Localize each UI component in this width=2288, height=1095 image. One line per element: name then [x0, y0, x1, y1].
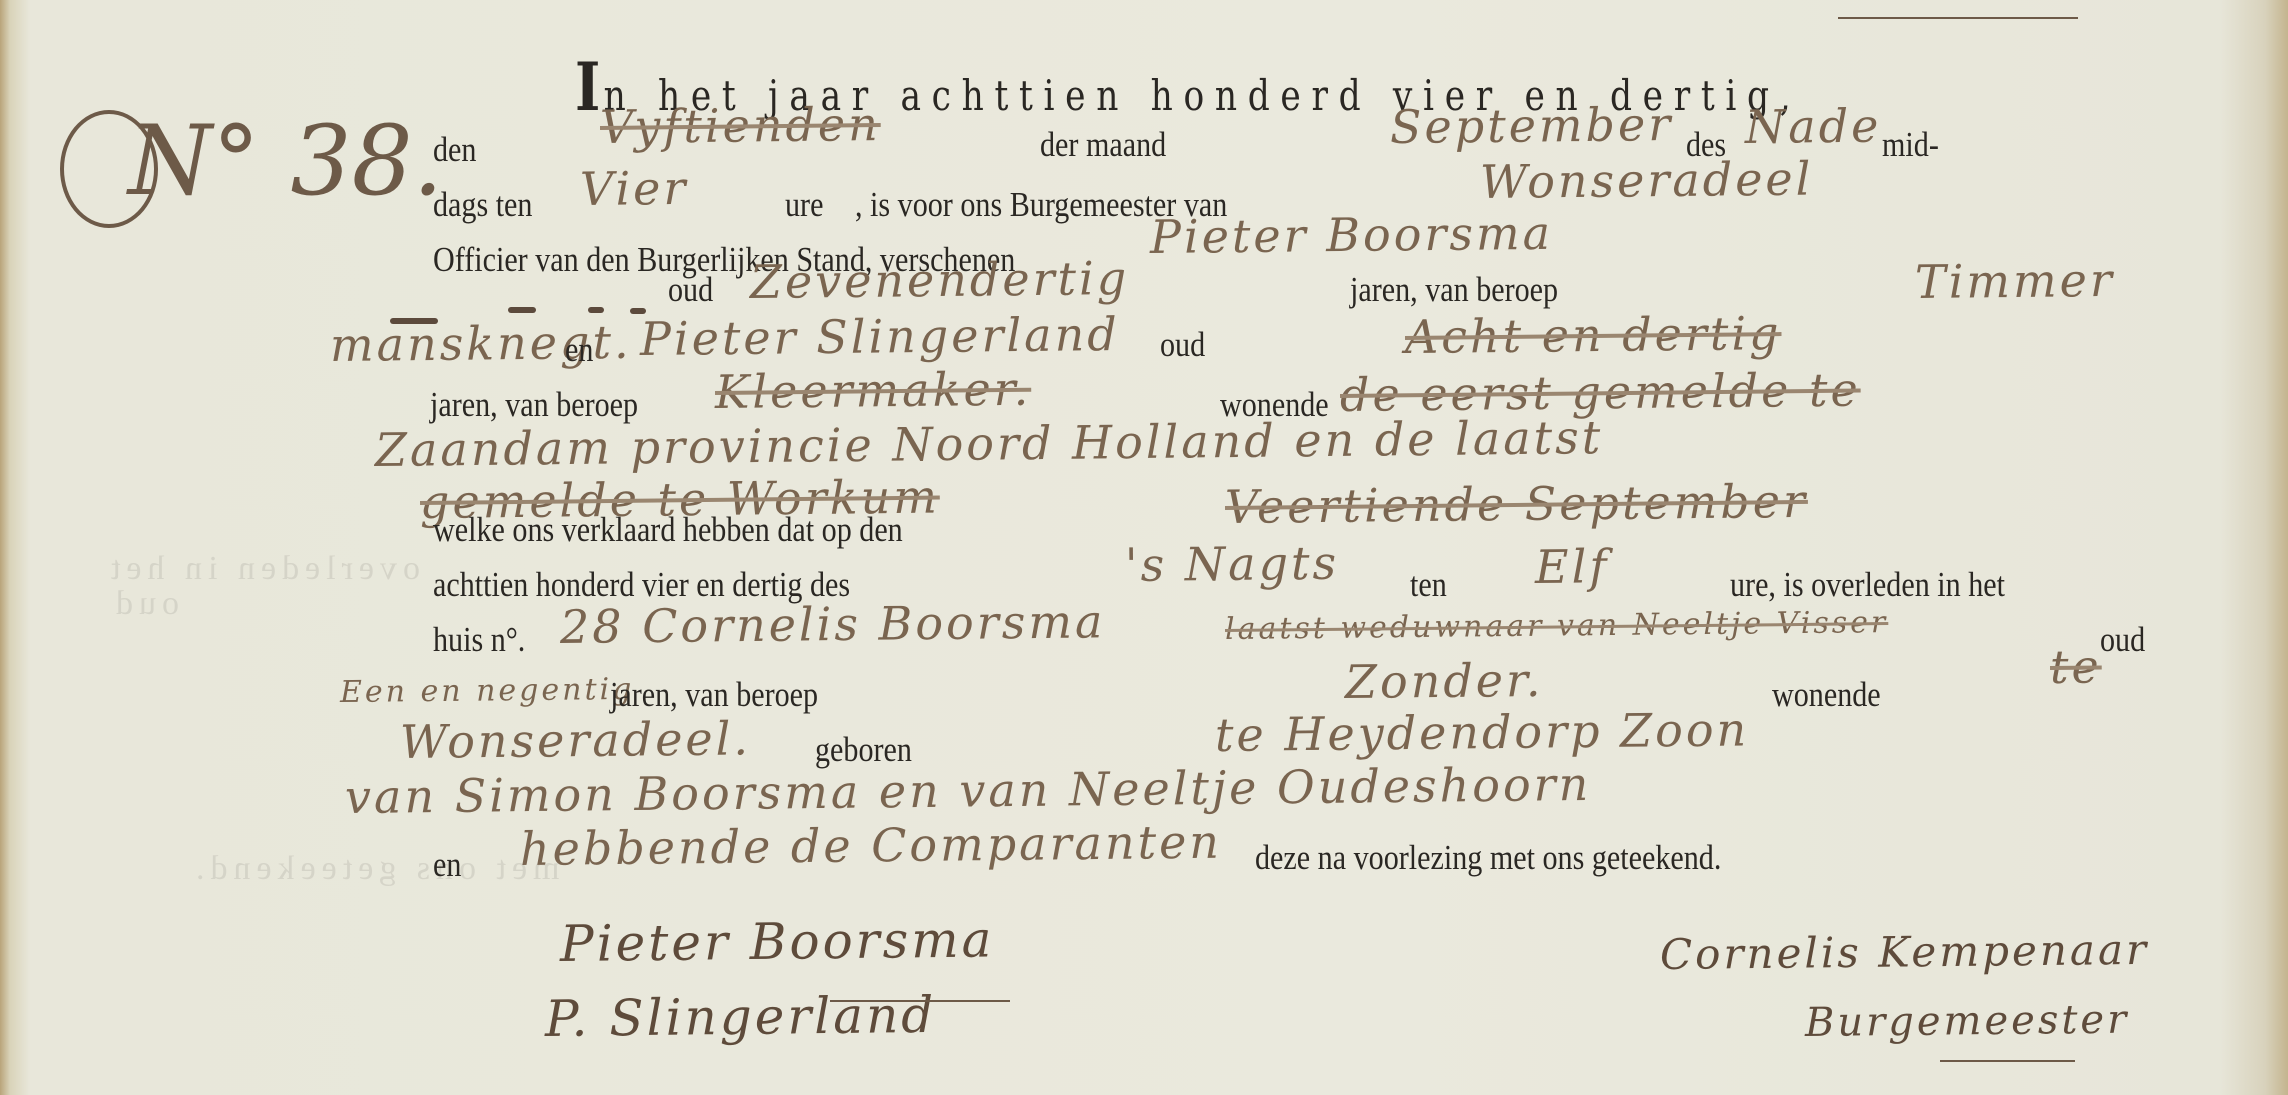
signature-mayor: Cornelis Kempenaar — [1660, 925, 2150, 979]
hand-deceased-note: laatst weduwnaar van Neeltje Visser — [1225, 605, 1889, 647]
hand-declarant1-age: Zevenendertig — [750, 251, 1130, 309]
hand-birthplace: te Heydendorp Zoon — [1215, 702, 1750, 762]
printed-oud-3: oud — [2100, 620, 2145, 660]
printed-ure: ure — [785, 185, 823, 225]
printed-den: den — [433, 130, 476, 170]
printed-huis-no: huis n°. — [433, 620, 525, 660]
printed-deze-na-voorlezing: deze na voorlezing met ons geteekend. — [1255, 838, 1721, 878]
blank-dash — [588, 307, 604, 313]
printed-jaren-van-beroep-2: jaren, van beroep — [430, 385, 638, 425]
document-page: overleden in het oud met ons geteekend. … — [0, 0, 2288, 1095]
bleed-through-text: oud — [110, 585, 179, 623]
hand-municipality: Wonseradeel — [1480, 152, 1814, 209]
hand-deceased-residence: te — [2050, 639, 2102, 694]
hand-declarant1-occupation-a: Timmer — [1915, 253, 2115, 309]
hand-death-time-of-day: 's Nagts — [1125, 536, 1340, 592]
printed-welke-ons-verklaard: welke ons verklaard hebben dat op den — [433, 510, 903, 550]
signature-declarant2: P. Slingerland — [545, 986, 937, 1048]
hand-hour: Vier — [580, 161, 689, 216]
mayor-title-underline — [1940, 1060, 2075, 1062]
printed-oud: oud — [668, 270, 713, 310]
printed-jaren-van-beroep-3: jaren, van beroep — [610, 675, 818, 715]
hand-residence-b: Zaandam provincie Noord Holland en de la… — [375, 410, 1604, 477]
printed-wonende-2: wonende — [1772, 675, 1881, 715]
blank-dash — [508, 307, 536, 313]
hand-deceased-occupation: Zonder. — [1345, 653, 1544, 709]
printed-jaren-van-beroep: jaren, van beroep — [1350, 270, 1558, 310]
printed-mid: mid- — [1882, 125, 1939, 165]
printed-der-maand: der maand — [1040, 125, 1166, 165]
signature-flourish — [830, 1000, 1010, 1002]
hand-deceased-residence-b: Wonseradeel. — [400, 711, 751, 769]
printed-en-2: en — [433, 845, 461, 885]
hand-death-day: Veertiende September — [1225, 474, 1808, 534]
signature-declarant1: Pieter Boorsma — [560, 910, 995, 973]
printed-oud-2: oud — [1160, 325, 1205, 365]
hand-declarant1-name: Pieter Boorsma — [1150, 206, 1554, 264]
hand-declarant2-name: Pieter Slingerland — [640, 307, 1120, 366]
hand-declarant2-occupation: Kleermaker. — [715, 362, 1032, 419]
hand-declarant2-age: Acht en dertig — [1405, 306, 1782, 364]
hand-part-of-day: Nade — [1745, 99, 1882, 154]
printed-dags-ten: dags ten — [433, 185, 532, 225]
record-number: N° 38. — [60, 105, 443, 228]
hand-day: Vyftienden — [600, 97, 881, 154]
printed-is-overleden: ure, is overleden in het — [1730, 565, 2005, 605]
bleed-through-text: met ons geteekend. — [190, 850, 560, 888]
hand-house-number-deceased: 28 Cornelis Boorsma — [560, 594, 1106, 654]
hand-deceased-age: Een en negentig — [340, 672, 635, 710]
hand-death-hour: Elf — [1535, 539, 1610, 594]
ink-flourish — [1838, 17, 2078, 19]
printed-en: en — [565, 330, 593, 370]
hand-closing: hebbende de Comparanten — [520, 815, 1222, 876]
printed-ten: ten — [1410, 565, 1447, 605]
bleed-through-text: overleden in het — [105, 550, 420, 588]
signature-mayor-title: Burgemeester — [1805, 997, 2130, 1046]
hand-month: September — [1390, 97, 1674, 154]
